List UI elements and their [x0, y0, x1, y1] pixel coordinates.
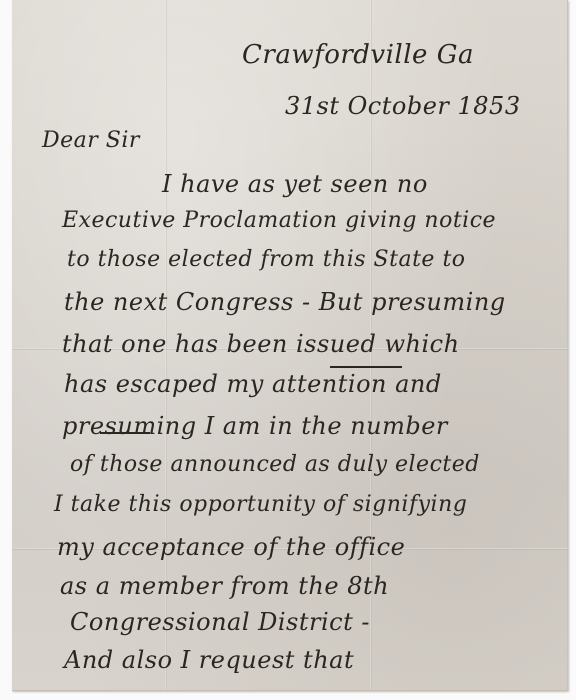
- body-line: Executive Proclamation giving notice: [62, 208, 496, 233]
- body-line: my acceptance of the office: [57, 533, 405, 561]
- letter-date: 31st October 1853: [285, 92, 521, 120]
- body-line: I have as yet seen no: [162, 170, 428, 198]
- body-line: And also I request that: [64, 646, 354, 674]
- body-line: Congressional District -: [70, 608, 370, 636]
- letter-place: Crawfordville Ga: [242, 40, 474, 70]
- body-line: the next Congress - But presuming: [64, 288, 506, 316]
- body-line: to those elected from this State to: [67, 247, 466, 272]
- body-line: of those announced as duly elected: [70, 452, 480, 477]
- body-line: presuming I am in the number: [62, 412, 448, 440]
- body-line: I take this opportunity of signifying: [54, 492, 467, 517]
- underline-mark: [330, 366, 402, 368]
- underline-mark: [100, 432, 150, 434]
- body-line: has escaped my attention and: [64, 370, 442, 398]
- letter-page: Crawfordville Ga 31st October 1853 Dear …: [12, 0, 568, 691]
- body-line: as a member from the 8th: [60, 572, 389, 600]
- body-line: that one has been issued which: [62, 330, 460, 358]
- letter-salutation: Dear Sir: [42, 128, 140, 153]
